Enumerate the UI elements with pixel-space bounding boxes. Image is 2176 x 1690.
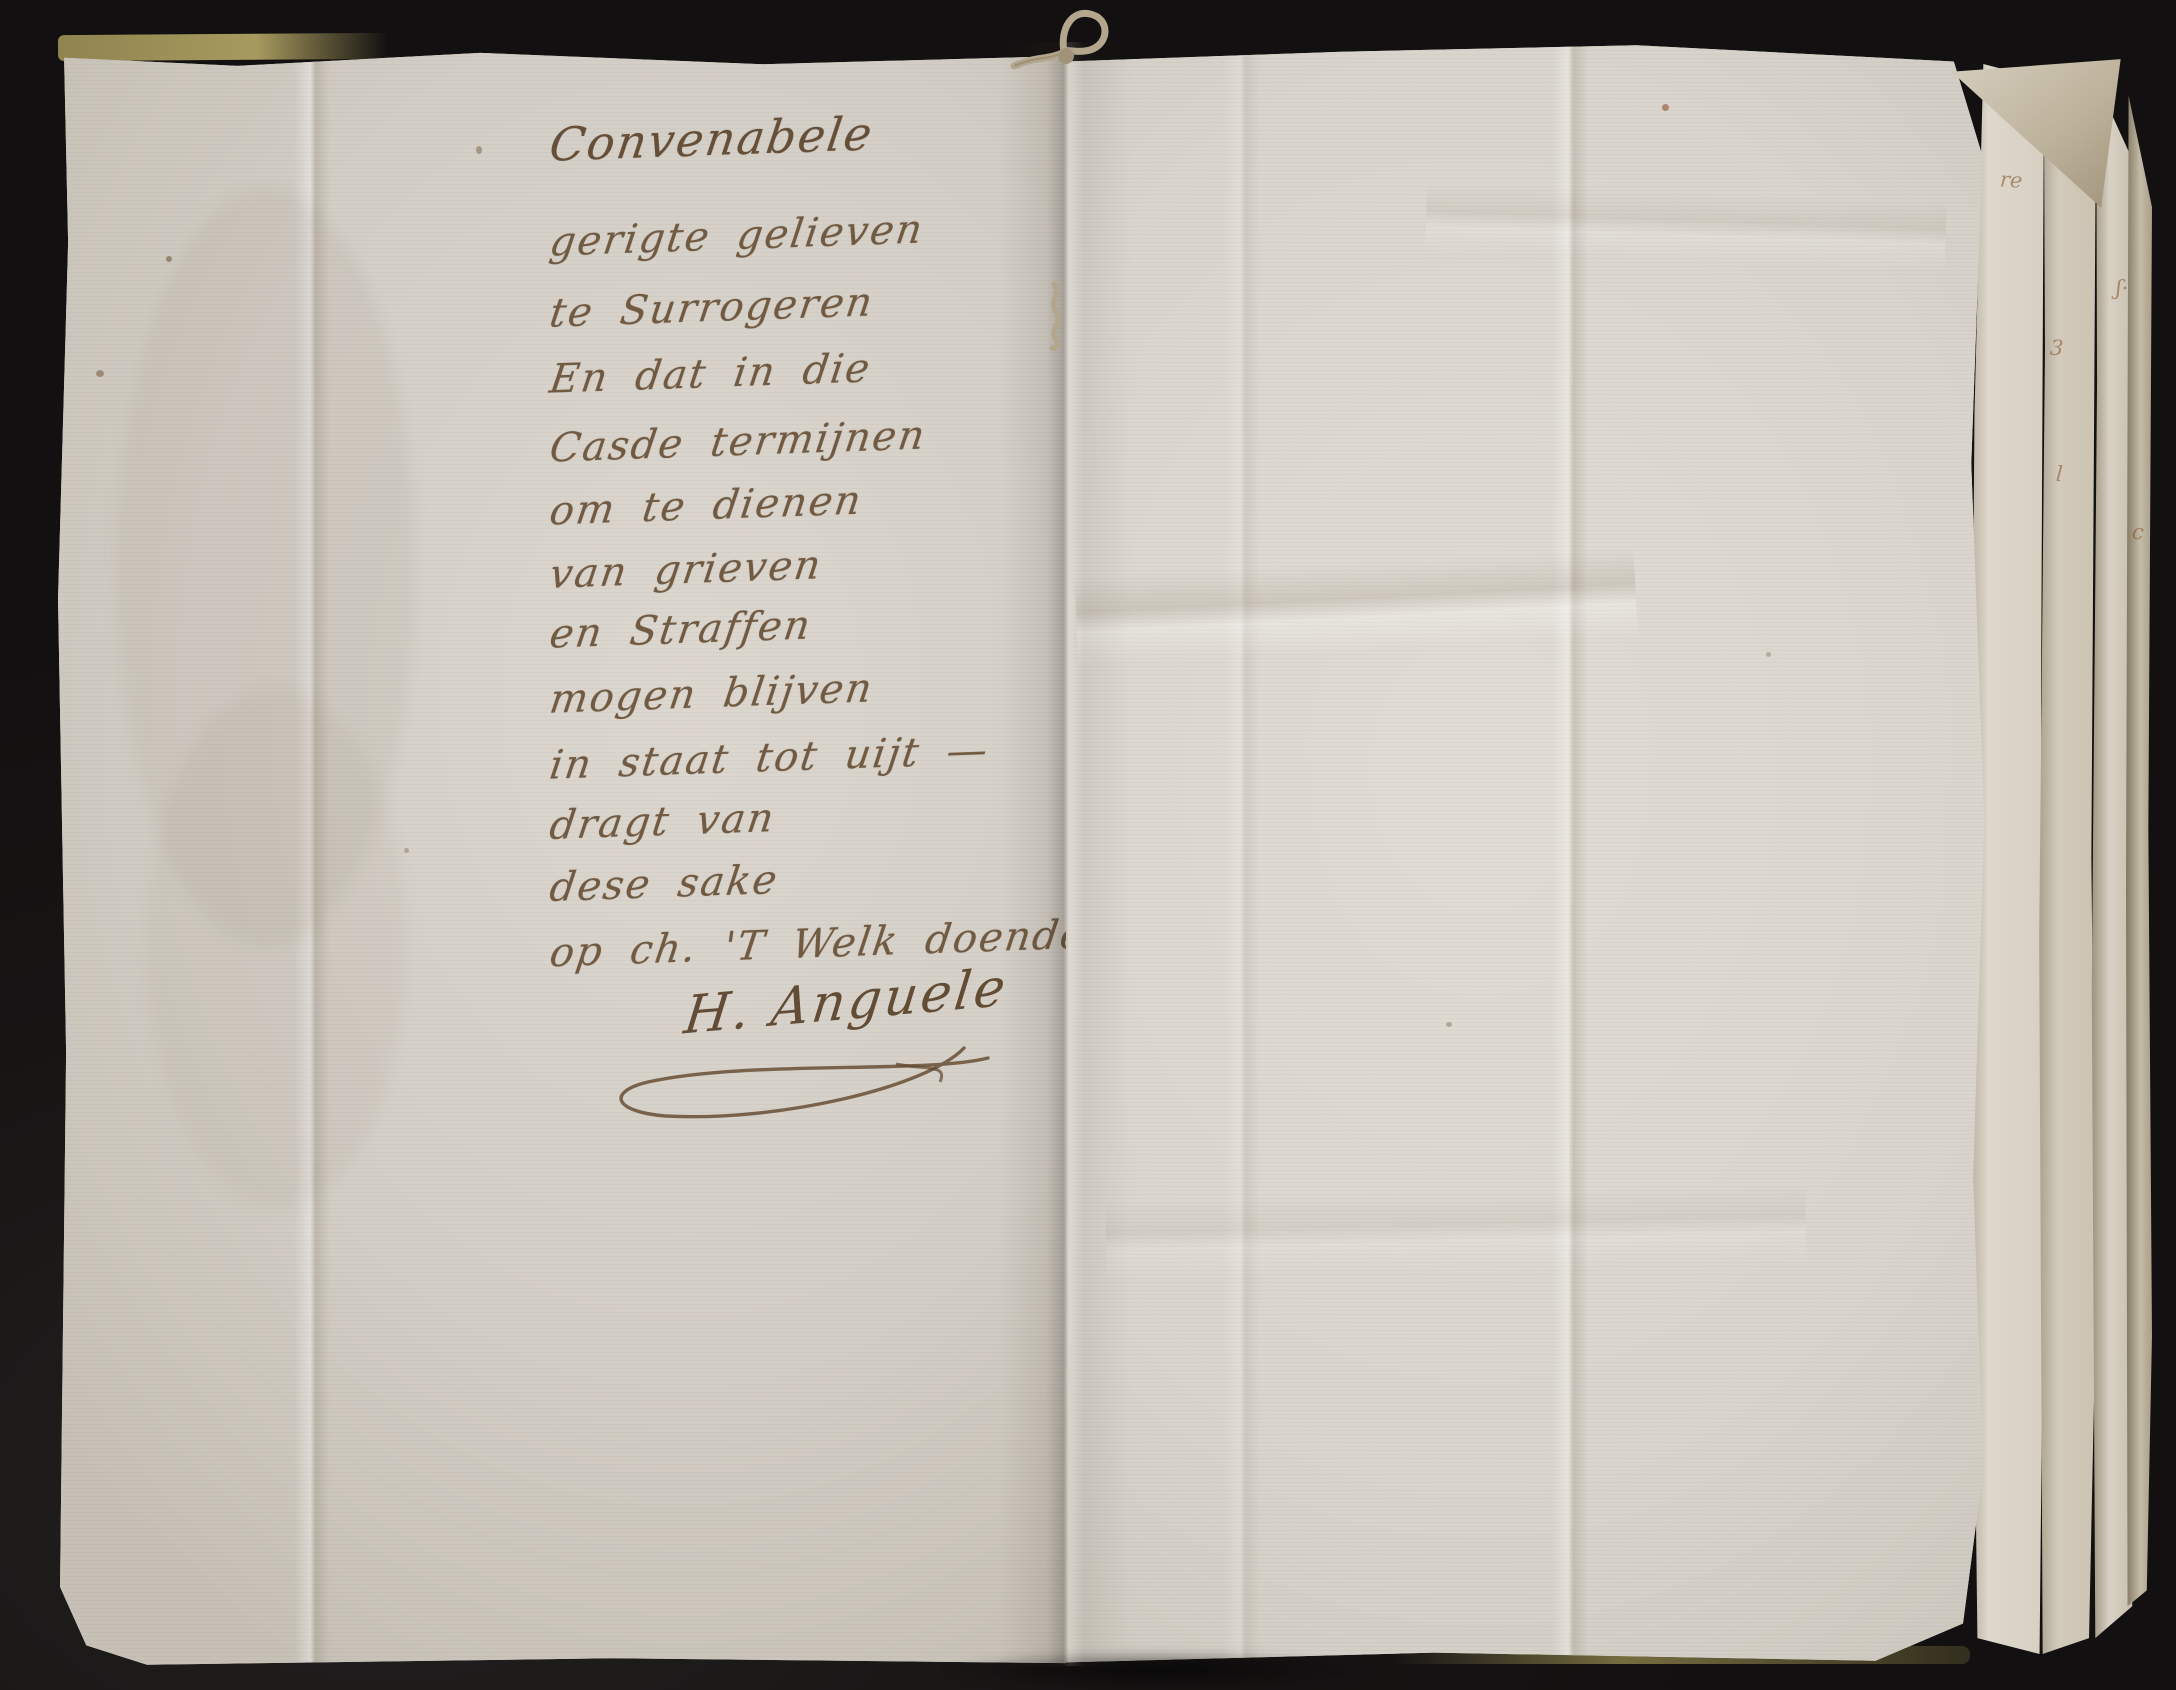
manuscript-line: om te dienen <box>547 478 865 533</box>
manuscript-scan: re ʃ· 3 l c Convenabele gerigte gelieven… <box>0 0 2176 1690</box>
ink-speck <box>96 370 104 377</box>
wrinkle <box>1074 547 1638 666</box>
manuscript-line: van grieven <box>547 543 825 597</box>
left-page: Convenabele gerigte gelieven te Surroger… <box>56 48 1066 1668</box>
manuscript-line: dese sake <box>547 858 782 910</box>
ink-speck <box>1766 652 1771 657</box>
right-page <box>1066 42 1986 1664</box>
fold-crease <box>294 48 330 1668</box>
binding-thread <box>1006 0 1146 92</box>
edge-ink-mark: ʃ· <box>2115 276 2129 301</box>
fore-edge-page-stack <box>1958 64 2158 1654</box>
gutter-bottom-shadow <box>940 1650 1370 1690</box>
ink-speck <box>1662 104 1669 111</box>
wrinkle <box>1105 1183 1807 1281</box>
manuscript-line: dragt van <box>547 796 778 848</box>
manuscript-line: Casde termijnen <box>547 413 929 470</box>
vellum-cover-edge <box>58 33 388 61</box>
edge-ink-mark: 3 <box>2049 336 2064 361</box>
fold-crease <box>1552 42 1588 1664</box>
leaf-edge <box>2038 64 2096 1654</box>
manuscript-line: En dat in die <box>547 346 874 401</box>
thread-knot <box>1058 48 1074 64</box>
edge-ink-mark: c <box>2131 520 2144 545</box>
fold-crease <box>1224 42 1260 1664</box>
signature-flourish <box>596 1030 996 1140</box>
edge-ink-mark: re <box>1999 167 2023 193</box>
manuscript-line: te Surrogeren <box>547 280 877 336</box>
ink-show-through <box>116 188 416 948</box>
wrinkle <box>1425 183 1947 271</box>
ink-speck <box>166 256 172 262</box>
manuscript-line: mogen blijven <box>547 666 876 722</box>
leaf-edge <box>2126 64 2152 1654</box>
binding-stitch <box>1040 282 1070 352</box>
laid-paper-texture <box>1066 42 1986 1664</box>
manuscript-line: Convenabele <box>547 108 877 170</box>
ink-speck <box>1446 1022 1452 1027</box>
manuscript-line: en Straffen <box>547 603 815 656</box>
manuscript-line: in staat tot uijt — <box>547 728 992 788</box>
ink-show-through <box>146 688 406 1208</box>
manuscript-line: gerigte gelieven <box>547 207 927 264</box>
ink-speck <box>476 146 482 154</box>
ink-speck <box>404 848 409 853</box>
